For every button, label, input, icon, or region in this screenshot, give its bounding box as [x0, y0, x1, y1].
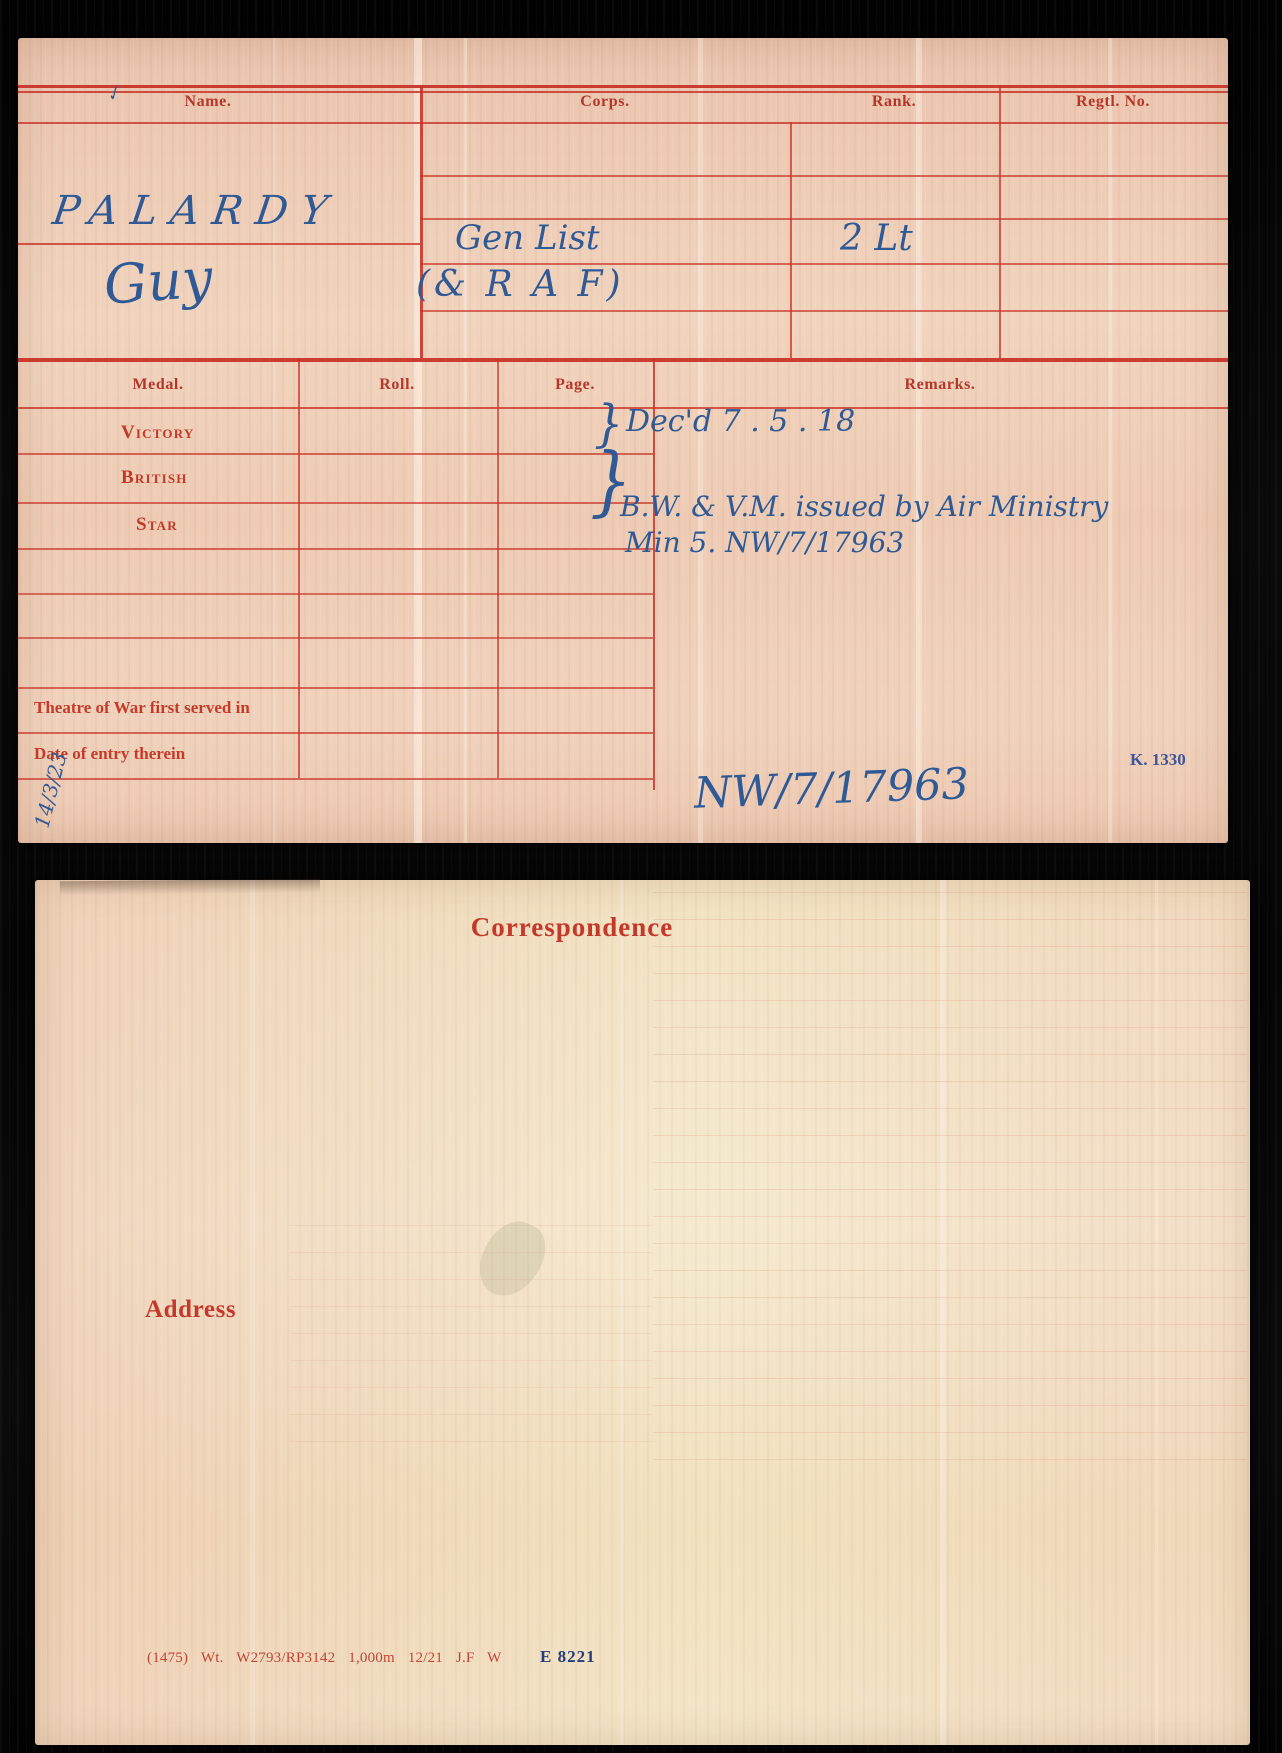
scanned-document-background: Name. Corps. Rank. Regtl. No. Medal. Rol…	[0, 0, 1282, 1753]
column-header-name: Name.	[138, 93, 278, 111]
faint-ruled-line	[290, 1225, 653, 1226]
scan-streak	[464, 38, 467, 843]
grid-line	[18, 548, 653, 550]
faint-ruled-line	[290, 1306, 653, 1307]
grid-line	[999, 85, 1001, 358]
faint-ruled-line	[653, 1270, 1247, 1271]
paper-crease	[60, 879, 320, 896]
handwritten-surname: PALARDY	[50, 188, 344, 234]
correspondence-title: Correspondence	[422, 912, 722, 943]
faint-ruled-line	[653, 1000, 1247, 1001]
faint-ruled-line	[653, 1162, 1247, 1163]
grid-line	[18, 85, 1228, 88]
column-header-medal: Medal.	[88, 376, 228, 394]
grid-line	[18, 122, 1228, 124]
handwritten-remark-medals-line1: B.W. & V.M. issued by Air Ministry	[620, 490, 1108, 523]
faint-ruled-line	[653, 1324, 1247, 1325]
faint-ruled-line	[653, 1351, 1247, 1352]
grid-line	[18, 687, 653, 689]
form-reference-number: K. 1330	[1130, 750, 1186, 770]
footer-stamp: E 8221	[540, 1647, 596, 1667]
handwritten-remark-deceased: Dec'd 7 . 5 . 18	[626, 404, 855, 439]
handwritten-reference-bottom: NW/7/17963	[693, 759, 970, 819]
grid-line	[420, 85, 423, 358]
faint-ruled-line	[653, 919, 1247, 920]
column-header-roll: Roll.	[327, 376, 467, 394]
faint-ruled-line	[290, 1360, 653, 1361]
label-theatre-of-war: Theatre of War first served in	[34, 698, 250, 718]
medal-row-victory: Victory	[121, 422, 194, 444]
scan-streak	[620, 880, 624, 1745]
faint-ruled-line	[290, 1414, 653, 1415]
scan-streak	[698, 38, 703, 843]
grid-line	[497, 358, 499, 778]
faint-ruled-line	[290, 1441, 653, 1442]
column-header-rank: Rank.	[824, 93, 964, 111]
scan-streak	[273, 38, 275, 843]
medal-index-card-back: Correspondence Address (1475) Wt. W2793/…	[35, 880, 1250, 1745]
column-header-remarks: Remarks.	[860, 376, 1020, 394]
grid-line	[790, 122, 792, 358]
faint-ruled-line	[653, 1027, 1247, 1028]
address-label: Address	[145, 1296, 236, 1324]
faint-ruled-line	[290, 1333, 653, 1334]
faint-ruled-line	[290, 1279, 653, 1280]
grid-line	[18, 358, 1228, 362]
faint-ruled-line	[653, 1459, 1247, 1460]
medal-row-star: Star	[136, 514, 178, 536]
faint-ruled-line	[653, 1378, 1247, 1379]
grid-line	[298, 358, 300, 778]
grid-line	[420, 310, 1228, 312]
scan-streak	[916, 38, 922, 843]
grid-line	[18, 593, 653, 595]
faint-ruled-line	[653, 1189, 1247, 1190]
medal-index-card-front: Name. Corps. Rank. Regtl. No. Medal. Rol…	[18, 38, 1228, 843]
faint-ruled-line	[290, 1387, 653, 1388]
grid-line	[18, 732, 653, 734]
handwritten-rank: 2 Lt	[840, 218, 913, 259]
faint-ruled-line	[290, 1252, 653, 1253]
scan-streak	[940, 880, 946, 1745]
scan-streak	[250, 880, 255, 1745]
paper-stain	[469, 1211, 555, 1306]
faint-ruled-line	[653, 1432, 1247, 1433]
scan-streak	[1155, 880, 1158, 1745]
faint-ruled-line	[653, 1216, 1247, 1217]
faint-ruled-line	[653, 1135, 1247, 1136]
grid-line	[420, 175, 1228, 177]
handwritten-corps-line2: (& R A F)	[416, 264, 625, 305]
faint-ruled-line	[653, 892, 1247, 893]
faint-ruled-line	[653, 1081, 1247, 1082]
faint-ruled-line	[653, 1297, 1247, 1298]
grid-line	[18, 243, 420, 245]
grid-line	[18, 778, 653, 780]
faint-ruled-line	[653, 946, 1247, 947]
faint-ruled-line	[653, 1243, 1247, 1244]
faint-ruled-line	[653, 1405, 1247, 1406]
faint-ruled-line	[653, 1108, 1247, 1109]
handwritten-forename: Guy	[102, 246, 215, 316]
column-header-corps: Corps.	[525, 93, 685, 111]
grid-line	[18, 453, 653, 455]
medal-row-british: British	[121, 467, 188, 489]
grid-line	[18, 502, 653, 504]
scan-streak	[1108, 38, 1112, 843]
faint-ruled-line	[653, 1054, 1247, 1055]
handwritten-corps-line1: Gen List	[455, 218, 600, 258]
handwritten-remark-medals-line2: Min 5. NW/7/17963	[625, 526, 904, 559]
column-header-page: Page.	[505, 376, 645, 394]
printer-footer-code: (1475) Wt. W2793/RP3142 1,000m 12/21 J.F…	[147, 1650, 502, 1667]
column-header-regtl-no: Regtl. No.	[1033, 93, 1193, 111]
faint-ruled-line	[653, 973, 1247, 974]
grid-line	[18, 637, 653, 639]
